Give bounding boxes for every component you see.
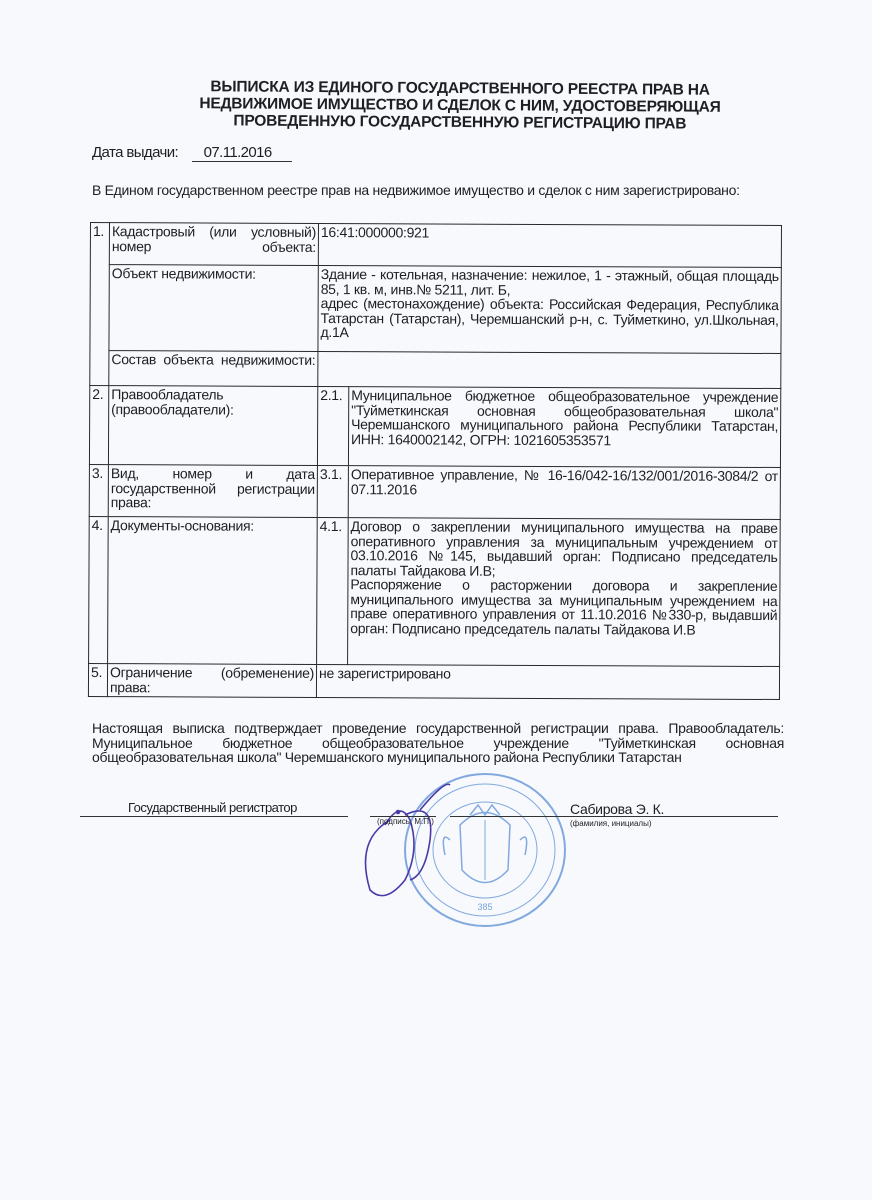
confirmation-text: Настоящая выписка подтверждает проведени…: [92, 721, 784, 765]
object-value: Здание - котельная, назначение: нежилое,…: [318, 265, 781, 353]
registration-value: Оперативное управление, № 16-16/042-16/1…: [348, 466, 780, 520]
issue-date: Дата выдачи: 07.11.2016: [92, 144, 292, 162]
row-number: 4.: [89, 516, 109, 663]
svg-text:385: 385: [477, 902, 492, 912]
sub-number: 3.1.: [317, 465, 348, 517]
row-cadastral: 1. Кадастровый (или условный) номер объе…: [90, 223, 781, 268]
object-label: Объект недвижимости:: [109, 265, 318, 352]
role-line: [80, 816, 348, 817]
composition-label: Состав объекта недвижимости:: [109, 351, 318, 387]
object-description: Здание - котельная, назначение: нежилое,…: [321, 267, 779, 298]
issue-date-value: 07.11.2016: [192, 144, 292, 162]
intro-text: В Едином государственном реестре прав на…: [92, 183, 784, 197]
name-caption: (фамилия, инициалы): [570, 819, 652, 828]
row-composition: Состав объекта недвижимости:: [90, 351, 781, 389]
registration-label: Вид, номер и дата государственной регист…: [108, 465, 317, 518]
documents-label: Документы-основания:: [108, 517, 318, 665]
encumbrance-label: Ограничение (обременение) права:: [107, 664, 316, 698]
document-title: ВЫПИСКА ИЗ ЕДИНОГО ГОСУДАРСТВЕННОГО РЕЕС…: [100, 77, 820, 133]
row-registration: 3. Вид, номер и дата государственной рег…: [89, 464, 780, 519]
signature-block: Государственный регистратор (подпись, М.…: [80, 800, 780, 840]
cadastral-value: 16:41:000000:921: [318, 223, 781, 267]
row-rightholder: 2. Правообладатель (правообладатели): 2.…: [89, 386, 780, 468]
rightholder-value: Муниципальное бюджетное общеобразователь…: [348, 387, 780, 468]
document-page: ВЫПИСКА ИЗ ЕДИНОГО ГОСУДАРСТВЕННОГО РЕЕС…: [0, 0, 872, 1200]
encumbrance-value: не зарегистрировано: [316, 664, 779, 699]
row-object: Объект недвижимости: Здание - котельная,…: [90, 265, 781, 354]
composition-value: [318, 351, 781, 388]
cadastral-label: Кадастровый (или условный) номер объекта…: [109, 223, 318, 266]
row-documents: 4. Документы-основания: 4.1. Договор о з…: [89, 516, 781, 666]
row-number: 2.: [89, 386, 108, 465]
row-number: 3.: [89, 464, 108, 516]
sub-number: 2.1.: [317, 386, 348, 465]
signature-caption: (подпись, М.П.): [377, 817, 434, 826]
document-basis-2: Распоряжение о расторжении договора и за…: [350, 577, 777, 637]
row-number: 5.: [88, 663, 107, 696]
sub-number: 4.1.: [317, 517, 349, 664]
row-encumbrance: 5. Ограничение (обременение) права: не з…: [88, 663, 779, 699]
documents-value: Договор о закреплении муниципального иму…: [348, 518, 781, 667]
confirmation-paragraph: Настоящая выписка подтверждает проведени…: [92, 721, 784, 765]
row-number: 1.: [90, 223, 110, 386]
issue-date-label: Дата выдачи:: [92, 144, 178, 161]
document-basis-1: Договор о закреплении муниципального иму…: [350, 519, 777, 579]
registry-table: 1. Кадастровый (или условный) номер объе…: [88, 222, 782, 700]
rightholder-label: Правообладатель (правообладатели):: [108, 386, 317, 466]
registrar-role: Государственный регистратор: [128, 800, 297, 815]
registrar-name: Сабирова Э. К.: [570, 801, 664, 817]
object-address: адрес (местонахождение) объекта: Российс…: [320, 296, 778, 341]
